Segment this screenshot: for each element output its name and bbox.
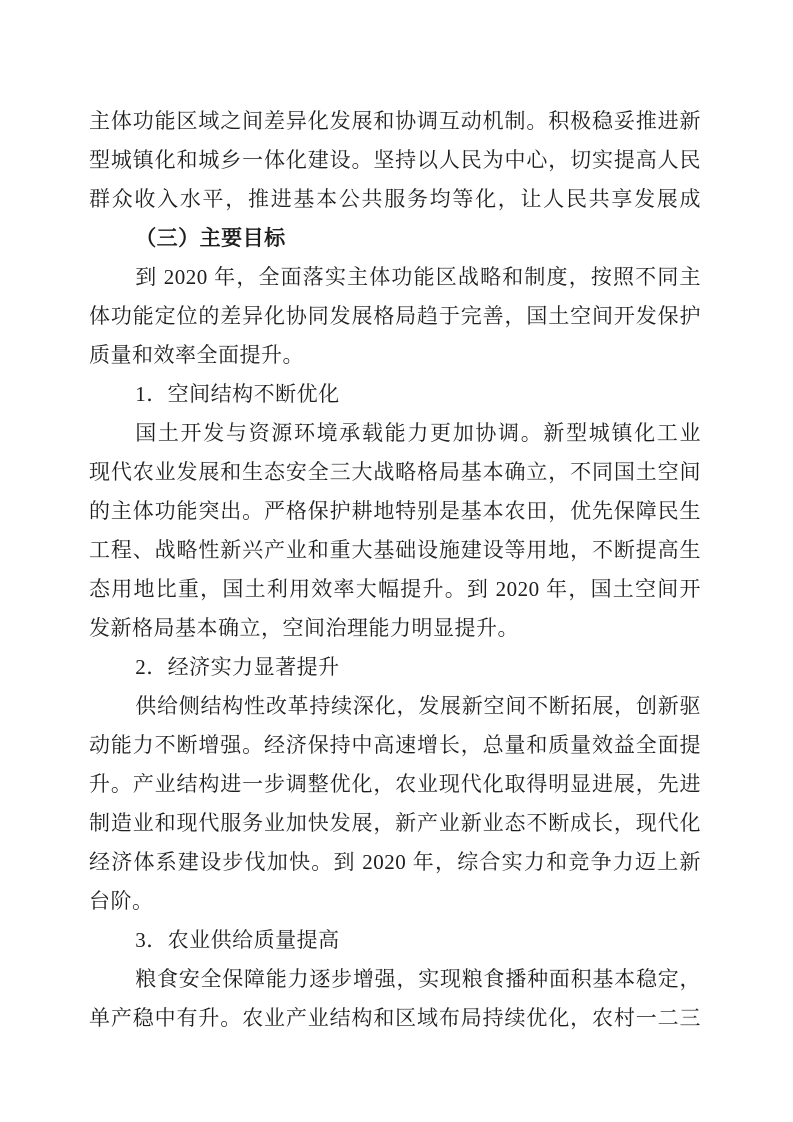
body-text-line: 经济体系建设步伐加快。到 2020 年，综合实力和竞争力迈上新: [89, 843, 701, 882]
body-text-line: 质量和效率全面提升。: [89, 336, 701, 375]
body-text-line: 供给侧结构性改革持续深化，发展新空间不断拓展，创新驱: [89, 687, 701, 726]
body-text-line: 体功能定位的差异化协同发展格局趋于完善，国土空间开发保护: [89, 297, 701, 336]
section-heading: （三）主要目标: [89, 219, 701, 258]
body-text-line: 单产稳中有升。农业产业结构和区域布局持续优化，农村一二三: [89, 999, 701, 1038]
body-text-line: 制造业和现代服务业加快发展，新产业新业态不断成长，现代化: [89, 804, 701, 843]
document-page: 主体功能区域之间差异化发展和协调互动机制。积极稳妥推进新型城镇化和城乡一体化建设…: [0, 0, 793, 1122]
body-text-line: 群众收入水平，推进基本公共服务均等化，让人民共享发展成果。: [89, 180, 701, 219]
text-block: 主体功能区域之间差异化发展和协调互动机制。积极稳妥推进新型城镇化和城乡一体化建设…: [89, 102, 701, 1038]
body-text-line: 态用地比重，国土利用效率大幅提升。到 2020 年，国土空间开: [89, 570, 701, 609]
body-text-line: 工程、战略性新兴产业和重大基础设施建设等用地，不断提高生: [89, 531, 701, 570]
subsection-heading: 1．空间结构不断优化: [89, 375, 701, 414]
body-text-line: 粮食安全保障能力逐步增强，实现粮食播种面积基本稳定，: [89, 960, 701, 999]
body-text-line: 现代农业发展和生态安全三大战略格局基本确立，不同国土空间: [89, 453, 701, 492]
body-text-line: 的主体功能突出。严格保护耕地特别是基本农田，优先保障民生: [89, 492, 701, 531]
body-text-line: 国土开发与资源环境承载能力更加协调。新型城镇化工业化、: [89, 414, 701, 453]
body-text-line: 升。产业结构进一步调整优化，农业现代化取得明显进展，先进: [89, 765, 701, 804]
body-text-line: 动能力不断增强。经济保持中高速增长，总量和质量效益全面提: [89, 726, 701, 765]
subsection-heading: 2．经济实力显著提升: [89, 648, 701, 687]
body-text-line: 主体功能区域之间差异化发展和协调互动机制。积极稳妥推进新: [89, 102, 701, 141]
body-text-line: 台阶。: [89, 882, 701, 921]
body-text-line: 型城镇化和城乡一体化建设。坚持以人民为中心，切实提高人民: [89, 141, 701, 180]
body-text-line: 到 2020 年，全面落实主体功能区战略和制度，按照不同主: [89, 258, 701, 297]
body-text-line: 发新格局基本确立，空间治理能力明显提升。: [89, 609, 701, 648]
subsection-heading: 3．农业供给质量提高: [89, 921, 701, 960]
